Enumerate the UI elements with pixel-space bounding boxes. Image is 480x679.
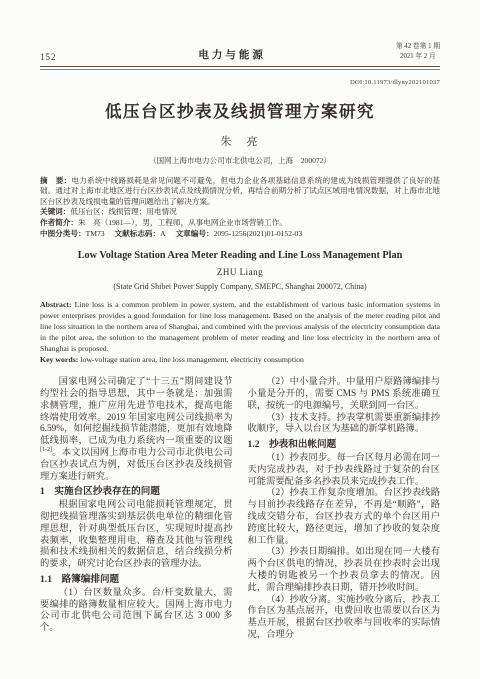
keywords-label: 关键词： (40, 207, 70, 216)
intro-text-cont: 。本文以国网上海市电力公司市北供电公司台区抄表试点为例，对低压台区抄表及线损管理… (40, 448, 233, 482)
paragraph-reading3: （3）抄表日期编排。如出现在同一大楼有两个台区供电的情况，抄表员在抄表时会出现大… (248, 547, 441, 594)
paper-page: 152 电力与能源 第 42 卷第 1 期 2021 年 2 月 DOI:10.… (0, 0, 480, 679)
bio-text: 朱 亮（1981—），男，工程师，从事电网企业市场营销工作。 (78, 218, 287, 227)
keywords-zh: 关键词：低压台区；线损管理；用电情况 (40, 207, 440, 218)
body-columns: 国家电网公司确定了“十三五”期间建设节约型社会的指导思想，其中一条就是：加强需求… (40, 377, 440, 642)
artno-label: 文章编号： (176, 229, 214, 238)
running-header: 152 电力与能源 第 42 卷第 1 期 2021 年 2 月 (40, 42, 440, 62)
keywords-en-label: Key words: (40, 355, 78, 364)
paper-title-zh: 低压台区抄表及线损管理方案研究 (40, 98, 440, 122)
abstract-text: 电力系统中线路损耗是常见问题不可避免，但电力企业各项基础信息系统的建成为线损管理… (40, 176, 440, 206)
author-name-en: ZHU Liang (40, 267, 440, 277)
abstract-label: 摘 要： (40, 176, 71, 185)
abstract-en: Abstract: Line loss is a common problem … (40, 299, 440, 354)
doccode-label: 文献标志码： (115, 229, 161, 238)
paragraph-reading1: （1）抄表同步。每一台区每月必需在同一天内完成抄表，对于抄表线路过于复杂的台区可… (248, 453, 441, 488)
section-heading-1-1: 1.1 路簿编排问题 (40, 574, 233, 586)
intro-text: 国家电网公司确定了“十三五”期间建设节约型社会的指导思想，其中一条就是：加强需求… (40, 377, 233, 446)
header-rule (40, 66, 440, 70)
section-heading-1-2: 1.2 抄表和出帐问题 (248, 439, 441, 451)
doi-text: DOI:10.11973/dlyny202101037 (40, 79, 440, 86)
right-column: （2）中小量合并。中量用户原路簿编排与小量是分开的，需要 CMS 与 PMS 系… (248, 377, 441, 642)
abstract-en-label: Abstract: (40, 300, 72, 309)
bio-label: 作者简介： (40, 218, 78, 227)
abstract-en-text: Line loss is a common problem in power s… (40, 300, 440, 353)
paragraph-intro: 国家电网公司确定了“十三五”期间建设节约型社会的指导思想，其中一条就是：加强需求… (40, 377, 233, 483)
paragraph-reading4: （4）抄收分离。实施抄收分离后，抄表工作台区为基点展开，电费回收也需要以台区为基… (248, 595, 441, 642)
front-matter-en: Abstract: Line loss is a common problem … (40, 299, 440, 365)
author-name-zh: 朱 亮 (40, 133, 440, 149)
citation-superscript: [1-2] (40, 447, 52, 453)
clc-value: TM73 (86, 229, 105, 238)
left-column: 国家电网公司确定了“十三五”期间建设节约型社会的指导思想，其中一条就是：加强需求… (40, 377, 233, 642)
journal-title: 电力与能源 (198, 47, 266, 62)
keywords-text: 低压台区；线损管理；用电情况 (70, 207, 176, 216)
page-number: 152 (40, 52, 57, 62)
section-heading-1: 1 实施台区抄表存在的问题 (40, 486, 233, 498)
paragraph-reading2: （2）抄表工作复杂度增加。台区抄表线路与目前抄表线路存在差异，不再是“顺路”，路… (248, 488, 441, 547)
paper-title-en: Low Voltage Station Area Meter Reading a… (40, 250, 440, 261)
doccode-value: A (160, 229, 165, 238)
abstract-zh: 摘 要：电力系统中线路损耗是常见问题不可避免，但电力企业各项基础信息系统的建成为… (40, 176, 440, 208)
front-matter-zh: 摘 要：电力系统中线路损耗是常见问题不可避免，但电力企业各项基础信息系统的建成为… (40, 176, 440, 240)
clc-label: 中图分类号： (40, 229, 86, 238)
paragraph-section1: 根据国家电网公司电能损耗管理规定，贯彻把线损管理落实到基层供电单位的精细化管理思… (40, 500, 233, 571)
keywords-en-text: low-voltage station area, line loss mana… (80, 355, 304, 364)
keywords-en: Key words: low-voltage station area, lin… (40, 354, 440, 365)
classification-line: 中图分类号：TM73文献标志码：A文章编号：2095-1256(2021)01-… (40, 229, 440, 240)
artno-value: 2095-1256(2021)01-0152-03 (214, 229, 303, 238)
paragraph-item3: （3）技术支持。抄表掌机需要重新编排抄收顺序，导入以台区为基础的新掌机路簿。 (248, 413, 441, 437)
author-bio: 作者简介：朱 亮（1981—），男，工程师，从事电网企业市场营销工作。 (40, 218, 440, 229)
issue-info: 第 42 卷第 1 期 2021 年 2 月 (396, 42, 440, 62)
affiliation-zh: （国网上海市电力公司市北供电公司，上海 200072） (40, 155, 440, 166)
affiliation-en: (State Grid Shibei Power Supply Company,… (40, 282, 440, 291)
paragraph-item1: （1）台区数量众多。台/杆变数量大，需要编排的路簿数量相应较大。国网上海市电力公… (40, 588, 233, 635)
paragraph-item2: （2）中小量合并。中量用户原路簿编排与小量是分开的，需要 CMS 与 PMS 系… (248, 377, 441, 412)
